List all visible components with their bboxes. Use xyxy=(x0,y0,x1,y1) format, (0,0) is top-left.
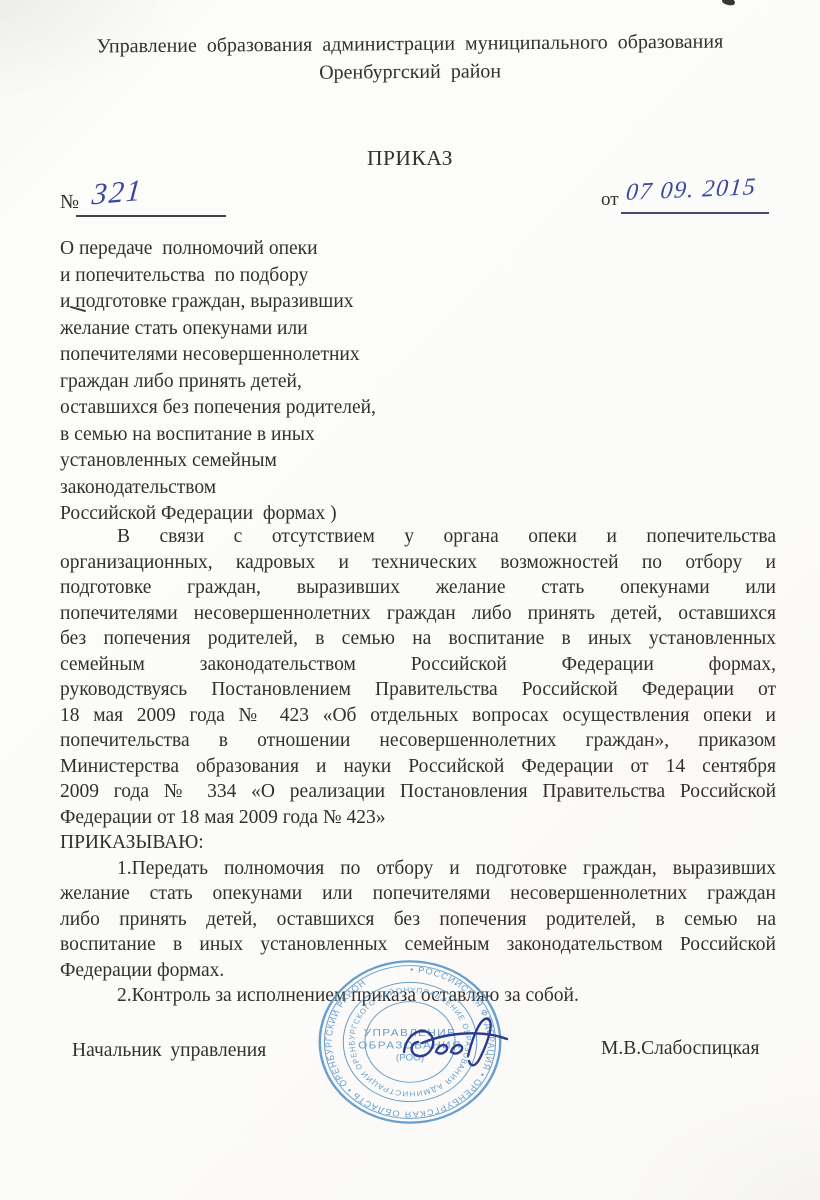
order-number-handwritten: 321 xyxy=(91,174,145,213)
subject-line: попечителями несовершеннолетних xyxy=(60,342,408,369)
signature-name: М.В.Слабоспицкая xyxy=(601,1038,759,1060)
body-line: подготовке граждан, выразивших желание с… xyxy=(60,575,776,601)
subject-line: желание стать опекунами или xyxy=(60,316,408,343)
subject-line: и попечительства по подбору xyxy=(60,263,408,290)
document-page: Управление образования администрации мун… xyxy=(0,0,820,1200)
body-line: руководствуясь Постановлением Правительс… xyxy=(60,677,776,703)
body-line: семейным законодательством Российской Фе… xyxy=(60,652,776,678)
org-name-line1: Управление образования администрации мун… xyxy=(40,27,780,61)
body-line: Федерации от 18 мая 2009 года № 423» xyxy=(60,805,776,831)
number-underline xyxy=(76,215,226,217)
doc-title: ПРИКАЗ xyxy=(0,146,820,171)
body-line: В связи с отсутствием у органа опеки и п… xyxy=(60,524,776,550)
order-item1-line: либо принять детей, оставшихся без попеч… xyxy=(60,907,776,933)
org-header: Управление образования администрации мун… xyxy=(40,27,780,89)
body-line: без попечения родителей, в семью на восп… xyxy=(60,626,776,652)
subject-paragraph: О передаче полномочий опеки и попечитель… xyxy=(60,236,408,528)
body-line: организационных, кадровых и технических … xyxy=(60,550,776,576)
order-date-handwritten: 07 09. 2015 xyxy=(625,174,758,207)
date-label: от xyxy=(601,189,619,211)
body-line: 2009 года № 334 «О реализации Постановле… xyxy=(60,779,776,805)
subject-line: законодательством xyxy=(60,475,408,502)
signature-position: Начальник управления xyxy=(72,1040,266,1062)
order-item1-line: 1.Передать полномочия по отбору и подгот… xyxy=(60,856,776,882)
body-text: В связи с отсутствием у органа опеки и п… xyxy=(60,524,776,1009)
body-line: попечительства в отношении несовершеннол… xyxy=(60,728,776,754)
org-name-line2: Оренбургский район xyxy=(40,55,780,89)
subject-line: в семью на воспитание в иных xyxy=(60,422,408,449)
date-underline xyxy=(621,212,769,214)
number-label: № xyxy=(60,191,79,214)
subject-line: установленных семейным xyxy=(60,448,408,475)
subject-line: оставшихся без попечения родителей, xyxy=(60,395,408,422)
subject-line: граждан либо принять детей, xyxy=(60,369,408,396)
subject-line: О передаче полномочий опеки xyxy=(60,236,408,263)
subject-line: и подготовке граждан, выразивших xyxy=(60,289,408,316)
body-line: 18 мая 2009 года № 423 «Об отдельных воп… xyxy=(60,703,776,729)
scan-artifact xyxy=(721,0,735,6)
body-line: Министерства образования и науки Российс… xyxy=(60,754,776,780)
order-item1-line: воспитание в иных установленных семейным… xyxy=(60,932,776,958)
handwritten-signature xyxy=(388,1006,518,1081)
body-line: попечителями несовершеннолетних граждан … xyxy=(60,601,776,627)
order-heading: ПРИКАЗЫВАЮ: xyxy=(60,830,776,856)
order-item1-line: желание стать опекунами или попечителями… xyxy=(60,881,776,907)
